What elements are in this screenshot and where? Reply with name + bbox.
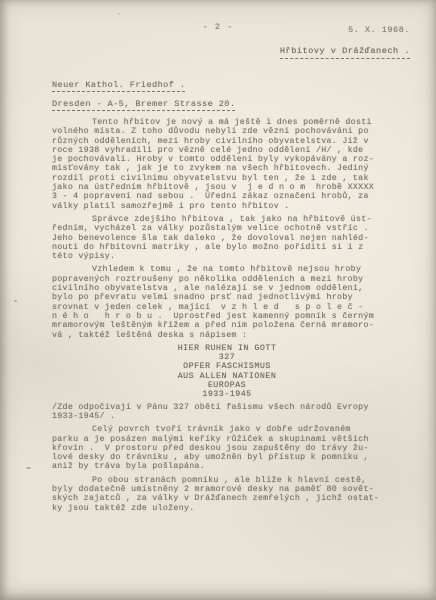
document-date: 5. X. 1968. (348, 25, 410, 35)
paper-speck (26, 467, 31, 469)
paper-speck (14, 300, 17, 302)
address-line-street: Dresden - A-5, Bremer Strasse 20. (52, 99, 235, 111)
scanned-document-page: - 2 - 5. X. 1968. Hřbitovy v Drážďanech … (0, 0, 436, 600)
address-line-cemetery-name: Neuer Kathol. Friedhof . (52, 80, 185, 92)
document-subject-title: Hřbitovy v Drážďanech . (280, 46, 410, 59)
paper-speck (118, 13, 120, 15)
document-body: Tento hřbitov je nový a má ještě i dnes … (52, 118, 408, 517)
paragraph-3: Vzhledem k tomu , že na tomto hřbitově n… (52, 265, 408, 339)
memorial-inscription: HIER RUHEN IN GOTT 327 OPFER FASCHISMUS … (46, 344, 408, 400)
translation-note: /Zde odpočívají v Pánu 327 obětí fašismu… (52, 403, 408, 422)
address-block: Neuer Kathol. Friedhof . Dresden - A-5, … (52, 80, 235, 118)
paragraph-2: Správce zdejšího hřbitova , tak jako na … (52, 215, 408, 261)
paragraph-5: Po obou stranách pomníku , ale blíže k h… (52, 476, 408, 513)
paragraph-1: Tento hřbitov je nový a má ještě i dnes … (52, 118, 408, 211)
paragraph-4: Celý povrch tvoří trávník jako v dobře u… (52, 425, 408, 471)
